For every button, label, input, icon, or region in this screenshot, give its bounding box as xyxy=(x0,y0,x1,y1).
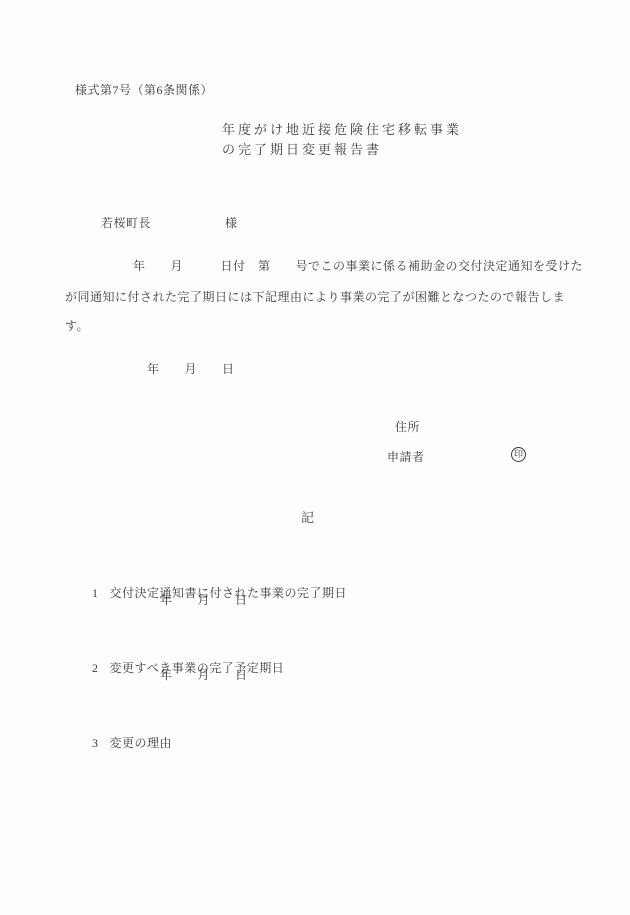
item-1-date-line: 年 月 日 xyxy=(160,592,248,608)
document-page: 様式第7号（第6条関係） 年度がけ地近接危険住宅移転事業 の完了期日変更報告書 … xyxy=(0,0,630,915)
item-3-label: 変更の理由 xyxy=(110,736,173,750)
applicant-label: 申請者 xyxy=(387,449,425,465)
item-1-number: 1 xyxy=(92,586,99,600)
item-3-number: 3 xyxy=(92,736,99,750)
addressee-name: 若桜町長 xyxy=(101,216,151,230)
body-paragraph-line-3: す。 xyxy=(65,318,89,334)
body-paragraph-line-1: 年 月 日付 第 号でこの事業に係る補助金の交付決定通知を受けた xyxy=(133,258,583,274)
notice-heading: 記 xyxy=(301,510,315,526)
seal-icon: 印 xyxy=(511,447,526,462)
document-title-line-2: の完了期日変更報告書 xyxy=(222,142,382,158)
form-number: 様式第7号（第6条関係） xyxy=(75,82,213,98)
addressee-honorific: 様 xyxy=(225,216,238,230)
item-2-number: 2 xyxy=(92,661,99,675)
item-3-row: 3変更の理由 xyxy=(78,719,172,767)
submission-date-line: 年 月 日 xyxy=(147,361,235,377)
address-label: 住所 xyxy=(395,419,420,435)
body-paragraph-line-2: が同通知に付された完了期日には下記理由により事業の完了が困難となつたので報告しま xyxy=(65,289,565,305)
document-title-line-1: 年度がけ地近接危険住宅移転事業 xyxy=(222,122,462,138)
addressee-line: 若桜町長様 xyxy=(87,199,238,247)
item-2-date-line: 年 月 日 xyxy=(160,667,248,683)
